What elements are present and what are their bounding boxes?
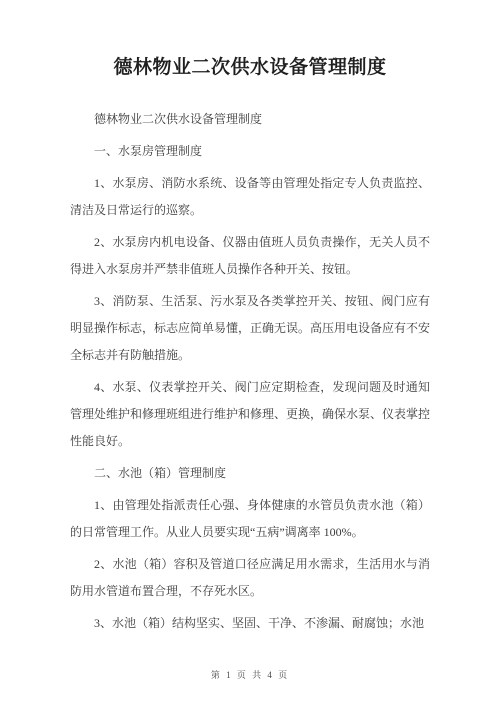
doc-subtitle: 德林物业二次供水设备管理制度 [70,106,430,133]
section-2-item-2: 2、水池（箱）容积及管道口径应满足用水需求，生活用水与消防用水管道布置合理，不存… [70,551,430,605]
section-1-item-2: 2、水泵房内机电设备、仪器由值班人员负责操作，无关人员不得进入水泵房并严禁非值班… [70,229,430,283]
section-1-item-3: 3、消防泵、生活泵、污水泵及各类掌控开关、按钮、阀门应有明显操作标志，标志应简单… [70,288,430,369]
document-title: 德林物业二次供水设备管理制度 [70,56,430,80]
section-2-heading: 二、水池（箱）管理制度 [70,460,430,487]
document-body: 德林物业二次供水设备管理制度 一、水泵房管理制度 1、水泵房、消防水系统、设备等… [70,106,430,637]
section-1-item-1: 1、水泵房、消防水系统、设备等由管理处指定专人负责监控、清洁及日常运行的巡察。 [70,170,430,224]
document-page: 德林物业二次供水设备管理制度 德林物业二次供水设备管理制度 一、水泵房管理制度 … [0,0,500,707]
section-2-item-3: 3、水池（箱）结构坚实、坚固、干净、不渗漏、耐腐蚀；水池 [70,610,430,637]
section-1-heading: 一、水泵房管理制度 [70,138,430,165]
section-1-item-4: 4、水泵、仪表掌控开关、阀门应定期检查，发现问题及时通知管理处维护和修理班组进行… [70,374,430,455]
section-2-item-1: 1、由管理处指派责任心强、身体健康的水管员负责水池（箱）的日常管理工作。从业人员… [70,492,430,546]
page-number-indicator: 第 1 页 共 4 页 [0,669,500,681]
